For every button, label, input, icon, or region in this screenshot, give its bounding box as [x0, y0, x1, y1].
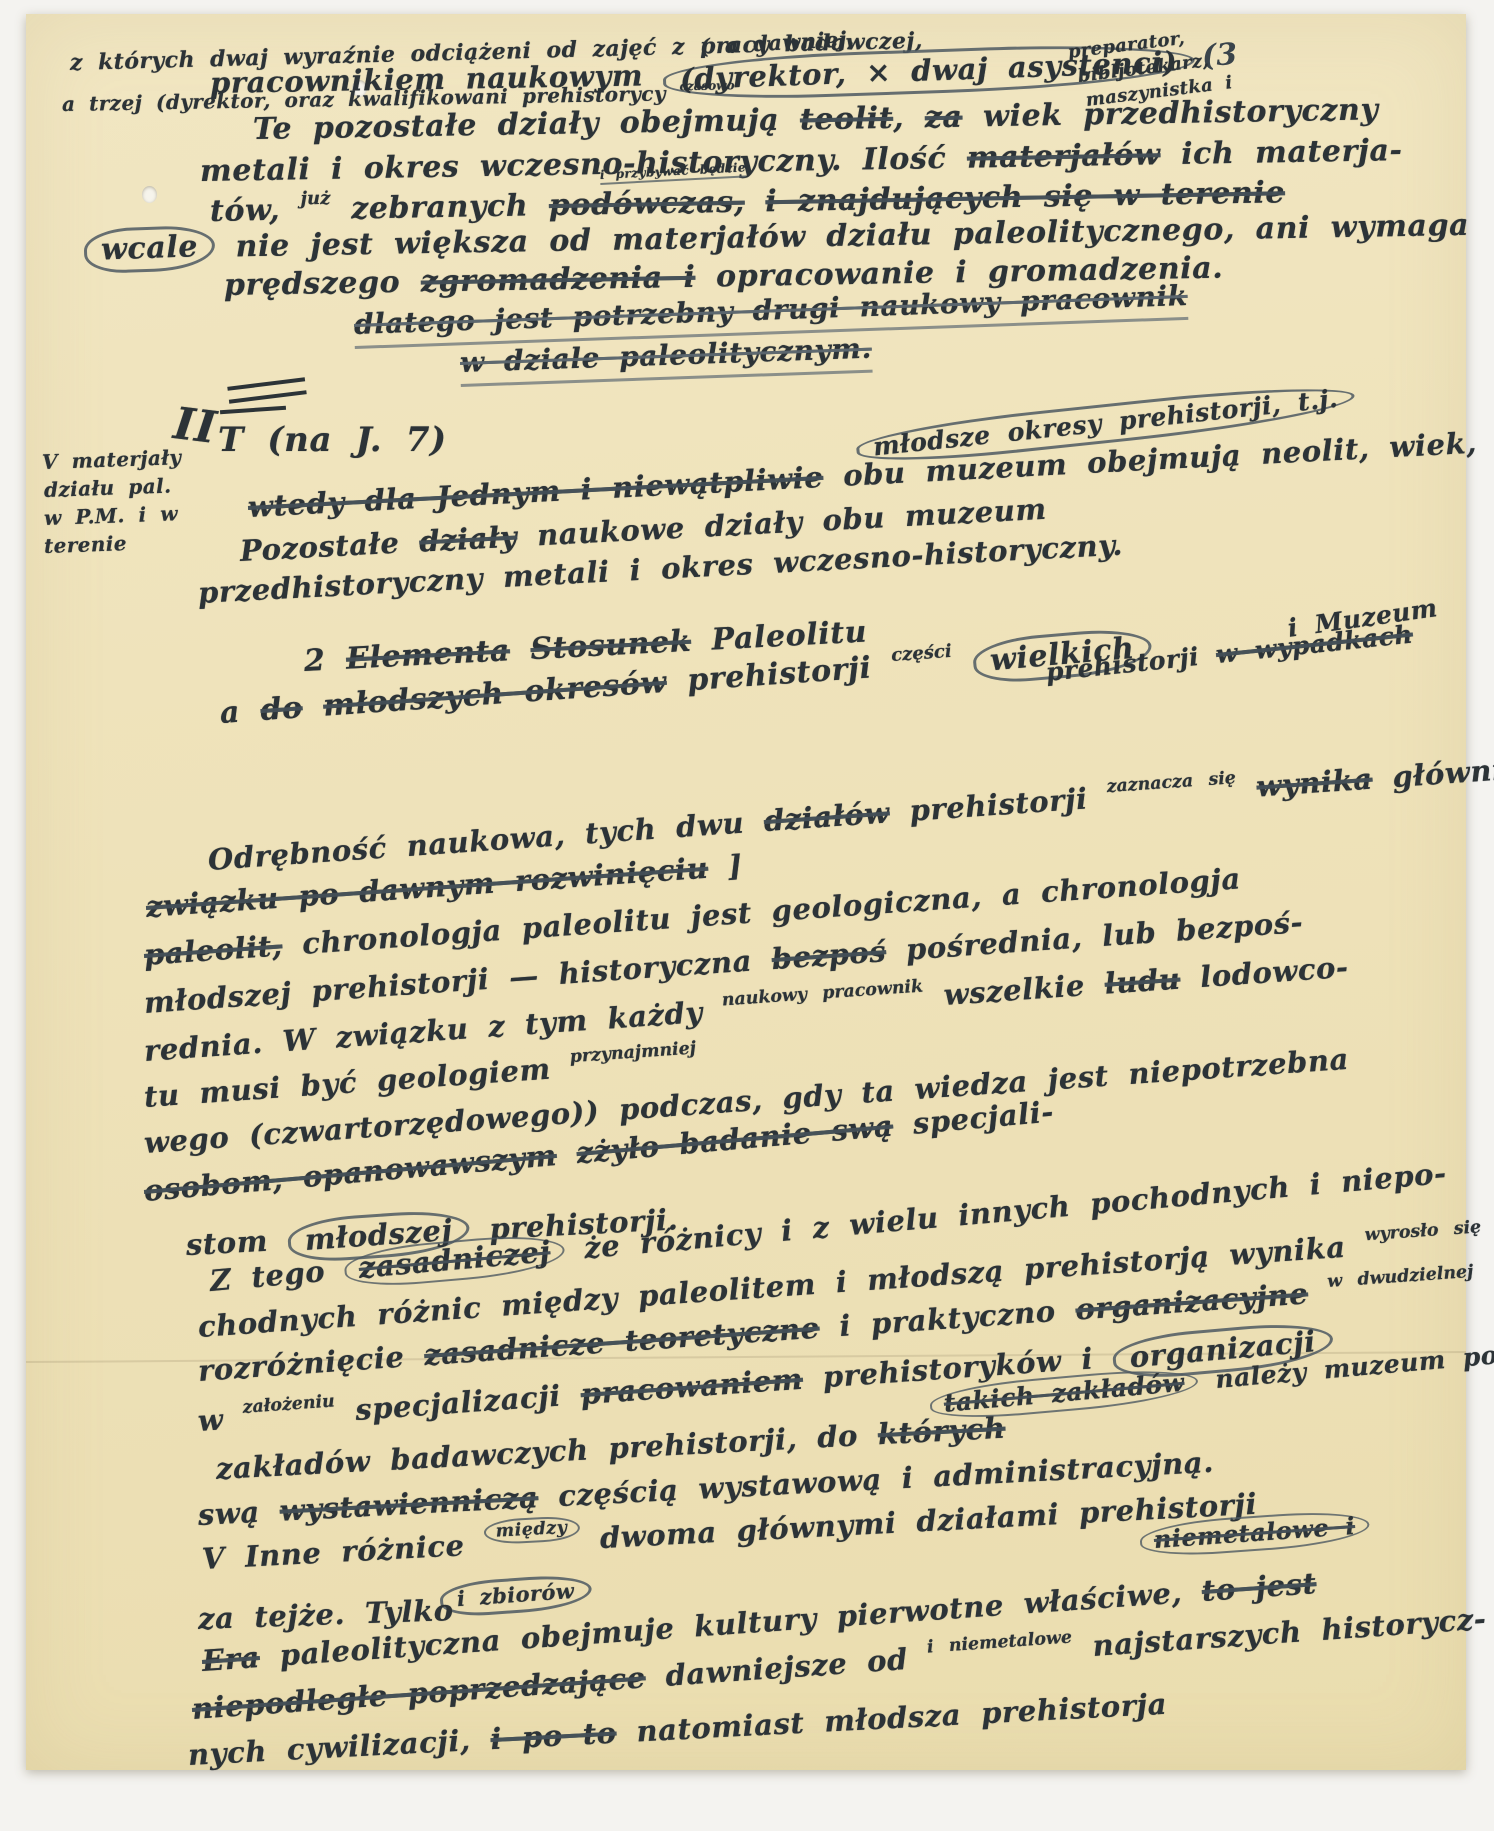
struck-text: za	[925, 100, 963, 136]
handwritten-text: działu pal.	[44, 474, 172, 502]
handwritten-text: terenie	[44, 531, 128, 558]
struck-text: ludu	[1103, 962, 1181, 1001]
handwritten-text: swą	[197, 1494, 280, 1532]
handwritten-text: w P.M. i w	[44, 501, 179, 530]
handwritten-text: T (na J. 7)	[218, 420, 447, 460]
handwritten-text	[1235, 770, 1257, 805]
punch-hole	[142, 186, 157, 203]
handwritten-text: ]	[707, 848, 744, 884]
handwritten-text: w	[197, 1401, 245, 1438]
struck-text: zgromadzenia i	[421, 260, 696, 300]
handwritten-line: T (na J. 7)	[218, 420, 447, 460]
scanned-manuscript: (3 ( a dawniej,z których dwaj wyraźnie o…	[0, 0, 1494, 1831]
handwritten-line: V materjały	[42, 445, 182, 474]
handwritten-text: 2	[303, 642, 347, 679]
handwritten-line: terenie	[44, 531, 128, 558]
struck-text: do	[259, 690, 304, 728]
handwritten-text	[951, 643, 974, 679]
interline-insertion: założeniu	[242, 1392, 335, 1418]
handwritten-text: V materjały	[42, 445, 182, 474]
struck-text: materjałów	[967, 137, 1161, 175]
struck-text: teolit	[800, 101, 894, 138]
struck-text: których	[877, 1411, 1006, 1452]
handwritten-text: ich materja-	[1160, 133, 1403, 172]
handwritten-line: w P.M. i w	[44, 501, 179, 530]
handwritten-text	[1307, 1275, 1329, 1310]
circled-annotation: wcale	[83, 225, 216, 275]
handwritten-text: prędszego	[224, 265, 421, 303]
handwritten-text	[301, 689, 324, 725]
interline-insertion: części	[890, 641, 952, 666]
handwritten-text	[744, 184, 765, 219]
handwritten-text: ,	[893, 100, 925, 136]
handwritten-text: a	[219, 693, 262, 731]
handwritten-line: działu pal.	[44, 474, 172, 502]
interline-insertion: czasowo	[679, 78, 734, 93]
interline-insertion: już	[300, 188, 330, 210]
handwritten-text	[509, 632, 531, 668]
struck-text: i po to	[490, 1716, 618, 1757]
handwritten-text: wiek przedhistoryczny	[962, 92, 1379, 134]
struck-text: działy	[418, 519, 518, 558]
struck-text: Era	[201, 1640, 261, 1678]
